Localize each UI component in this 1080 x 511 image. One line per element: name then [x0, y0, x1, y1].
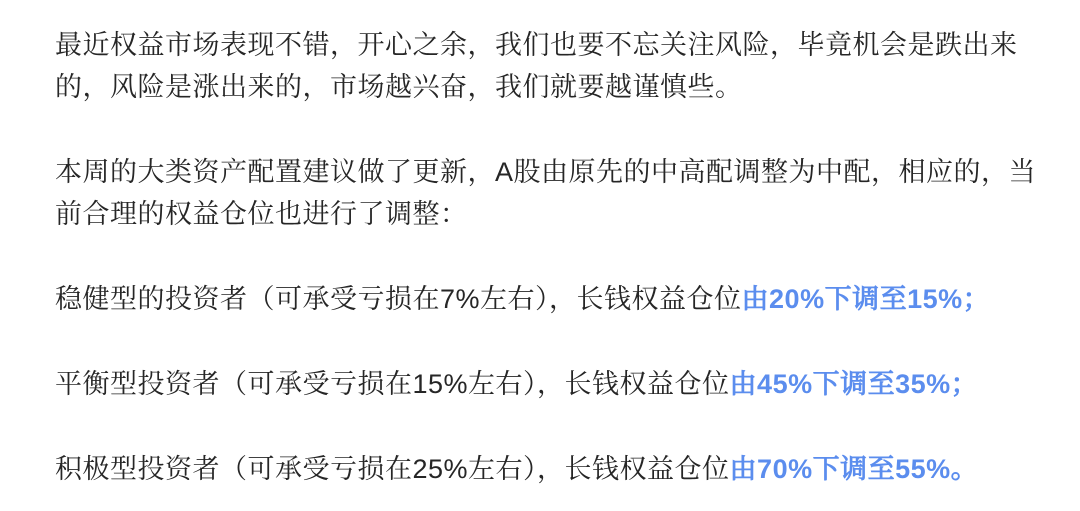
paragraph-text: 积极型投资者（可承受亏损在25%左右），长钱权益仓位 [55, 454, 730, 484]
paragraph-allocation-update: 本周的大类资产配置建议做了更新，A股由原先的中高配调整为中配，相应的，当 前合理… [55, 151, 1030, 235]
paragraph-text: 稳健型的投资者（可承受亏损在7%左右），长钱权益仓位 [55, 284, 742, 314]
highlight-text: 由45%下调至35%； [730, 369, 979, 399]
paragraph-market-risk-intro: 最近权益市场表现不错，开心之余，我们也要不忘关注风险，毕竟机会是跌出来 的，风险… [55, 24, 1030, 108]
paragraph-text: 平衡型投资者（可承受亏损在15%左右），长钱权益仓位 [55, 369, 730, 399]
paragraph-balanced-investor-advice: 平衡型投资者（可承受亏损在15%左右），长钱权益仓位由45%下调至35%； [55, 363, 1030, 405]
article-body: 最近权益市场表现不错，开心之余，我们也要不忘关注风险，毕竟机会是跌出来 的，风险… [0, 0, 1080, 490]
highlight-text: 由70%下调至55%。 [730, 454, 979, 484]
paragraph-conservative-investor-advice: 稳健型的投资者（可承受亏损在7%左右），长钱权益仓位由20%下调至15%； [55, 278, 1030, 320]
paragraph-aggressive-investor-advice: 积极型投资者（可承受亏损在25%左右），长钱权益仓位由70%下调至55%。 [55, 448, 1030, 490]
paragraph-text: 最近权益市场表现不错，开心之余，我们也要不忘关注风险，毕竟机会是跌出来 的，风险… [55, 30, 1018, 102]
paragraph-text: 本周的大类资产配置建议做了更新，A股由原先的中高配调整为中配，相应的，当 前合理… [55, 157, 1036, 229]
highlight-text: 由20%下调至15%； [742, 284, 991, 314]
